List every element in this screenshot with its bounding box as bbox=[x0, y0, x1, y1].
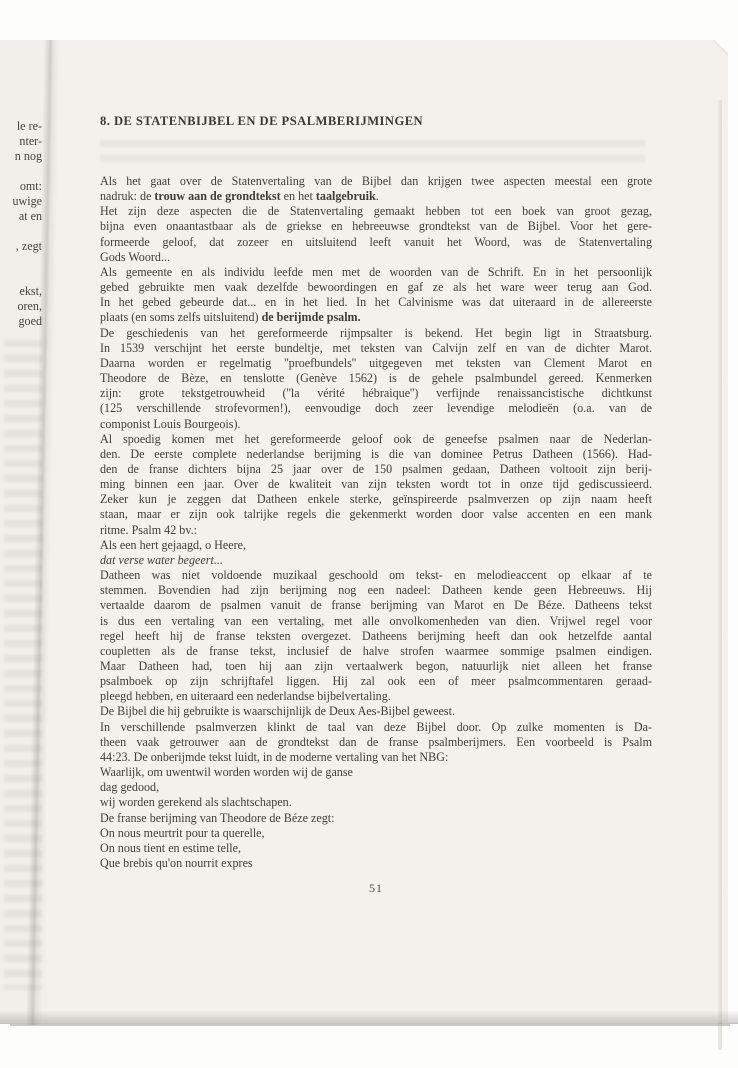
body-text: Als het gaat over de Statenvertaling van… bbox=[100, 174, 652, 871]
left-page-text-fragment: oren, bbox=[17, 299, 42, 314]
left-page-text-fragment: omt: bbox=[20, 179, 42, 194]
text-line: Waarlijk, om uwentwil worden worden wij … bbox=[100, 765, 652, 780]
text-line: 44:23. De onberijmde tekst luidt, in de … bbox=[100, 750, 652, 765]
page-number: 51 bbox=[100, 881, 652, 896]
text-line: staan, maar er zijn ook talrijke regels … bbox=[100, 507, 652, 522]
page-bottom-edge bbox=[10, 1024, 730, 1026]
text-line: In het gebed gebeurde dat... en in het l… bbox=[100, 295, 652, 310]
text-line: In verschillende psalmverzen klinkt de t… bbox=[100, 720, 652, 735]
text-line: (125 verschillende strofevormen!), eenvo… bbox=[100, 401, 652, 416]
text-line: is dus een vertaling van een vertaling, … bbox=[100, 614, 652, 629]
text-line: Al spoedig komen met het gereformeerde g… bbox=[100, 432, 652, 447]
text-line: regel heeft hij de franse teksten overge… bbox=[100, 629, 652, 644]
text-line: gebed gebruikte men vaak dezelfde bewoor… bbox=[100, 280, 652, 295]
text-line: den de franse dichters bijna 25 jaar ove… bbox=[100, 462, 652, 477]
text-line: Als het gaat over de Statenvertaling van… bbox=[100, 174, 652, 189]
scanned-book-photo: 8. DE STATENBIJBEL EN DE PSALMBERIJMINGE… bbox=[0, 0, 738, 1068]
text-line: Als gemeente en als individu leefde men … bbox=[100, 265, 652, 280]
page-corner-bevel bbox=[702, 40, 728, 66]
left-page-text-fragment: uwige bbox=[12, 194, 42, 209]
text-line: Gods Woord... bbox=[100, 250, 652, 265]
text-line: Als een hert gejaagd, o Heere, bbox=[100, 538, 652, 553]
text-line: De franse berijming van Theodore de Béze… bbox=[100, 811, 652, 826]
text-line: zijn: grote tekstgetrouwheid (''la vérit… bbox=[100, 386, 652, 401]
text-line: bijna even onaantastbaar als de griekse … bbox=[100, 219, 652, 234]
text-line: theen vaak getrouwer aan de grondtekst d… bbox=[100, 735, 652, 750]
text-line: Zeker kun je zeggen dat Datheen enkele s… bbox=[100, 492, 652, 507]
bleed-through-ghost-text bbox=[100, 140, 645, 168]
text-line: De geschiedenis van het gereformeerde ri… bbox=[100, 326, 652, 341]
text-line: ritme. Psalm 42 bv.: bbox=[100, 523, 652, 538]
text-line: Daarna worden er regelmatig ''proefbunde… bbox=[100, 356, 652, 371]
text-line: Datheen was niet voldoende muzikaal gesc… bbox=[100, 568, 652, 583]
text-line: componist Louis Bourgeois). bbox=[100, 417, 652, 432]
text-line: Maar Datheen had, toen hij aan zijn vert… bbox=[100, 659, 652, 674]
text-line: In 1539 verschijnt het eerste bundeltje,… bbox=[100, 341, 652, 356]
page-thickness-edge bbox=[718, 100, 722, 1050]
text-line: dag gedood, bbox=[100, 780, 652, 795]
text-line: coupletten als de franse tekst, inclusie… bbox=[100, 644, 652, 659]
text-line: On nous tient en estime telle, bbox=[100, 841, 652, 856]
text-line: On nous meurtrit pour ta querelle, bbox=[100, 826, 652, 841]
text-line: psalmboek op zijn schrijftafel liggen. H… bbox=[100, 674, 652, 689]
left-page-text-fragment: goed bbox=[18, 314, 42, 329]
text-line: De Bijbel die hij gebruikte is waarschij… bbox=[100, 704, 652, 719]
text-line: ming binnen een jaar. Over de kwaliteit … bbox=[100, 477, 652, 492]
text-line: Het zijn deze aspecten die de Statenvert… bbox=[100, 204, 652, 219]
left-page-text-fragment: , zegt bbox=[16, 239, 42, 254]
section-heading: 8. DE STATENBIJBEL EN DE PSALMBERIJMINGE… bbox=[100, 114, 660, 129]
left-page-text-fragment: le re- bbox=[17, 119, 42, 134]
text-line: stemmen. Bovendien had zijn berijming no… bbox=[100, 583, 652, 598]
text-line: plaats (en soms zelfs uitsluitend) de be… bbox=[100, 310, 652, 325]
text-line: Theodore de Bèze, en tenslotte (Genève 1… bbox=[100, 371, 652, 386]
text-line: vertaalde daarom de psalmen vanuit de fr… bbox=[100, 598, 652, 613]
text-line: wij worden gerekend als slachtschapen. bbox=[100, 795, 652, 810]
previous-page-fragments: le re-nter-n nogomt:uwigeat en, zegtekst… bbox=[0, 0, 44, 1068]
left-page-text-fragment: ekst, bbox=[19, 284, 42, 299]
text-line: dat verse water begeert... bbox=[100, 553, 652, 568]
left-page-text-fragment: n nog bbox=[15, 149, 42, 164]
text-line: nadruk: de trouw aan de grondtekst en he… bbox=[100, 189, 652, 204]
text-line: formeerde geloof, dat zozeer en uitsluit… bbox=[100, 235, 652, 250]
page-bottom-shadow bbox=[0, 1010, 738, 1024]
text-line: Que brebis qu'on nourrit expres bbox=[100, 856, 652, 871]
text-line: pleegd hebben, en uiteraard een nederlan… bbox=[100, 689, 652, 704]
text-line: den. De eerste complete nederlandse beri… bbox=[100, 447, 652, 462]
left-page-text-fragment: nter- bbox=[19, 134, 42, 149]
left-page-text-fragment: at en bbox=[19, 209, 42, 224]
